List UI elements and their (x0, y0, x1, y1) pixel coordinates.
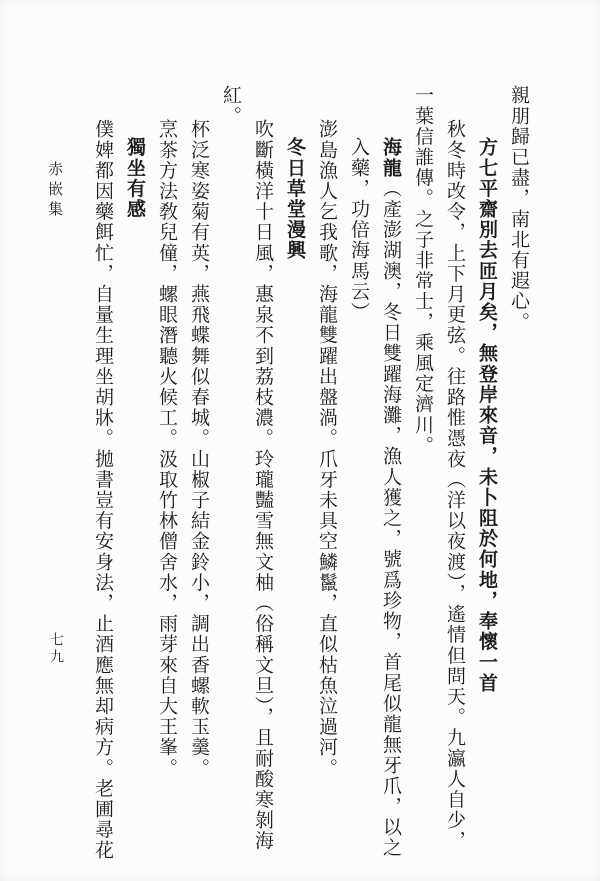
text-column: 入藥，功倍海馬云） (342, 85, 374, 881)
poem-title-column: 方七平齋別去匝月矣，無登岸來音，未卜阻於何地，奉懷一首 (470, 85, 502, 881)
text-column: 親朋歸已盡，南北有遐心。 (502, 85, 534, 881)
text-column: 僕婢都因藥餌忙，自量生理坐胡牀。拋書豈有安身法，止酒應無却病方。老圃尋花 (86, 85, 118, 881)
margin-book-title: 赤嵌集 (44, 161, 65, 221)
scanned-book-page: 親朋歸已盡，南北有遐心。方七平齋別去匝月矣，無登岸來音，未卜阻於何地，奉懷一首秋… (0, 0, 600, 881)
poem-title-inline: 海龍 (380, 137, 401, 178)
text-column: 杯泛寒姿菊有英，燕飛蝶舞似春城。山椒子結金鈴小，調出香螺軟玉羹。 (182, 85, 214, 881)
text-column: 一葉信誰傳。之子非常士，乘風定濟川。 (406, 85, 438, 881)
text-column: 秋冬時改令，上下月更弦。往路惟憑夜（洋以夜渡），遙情但問天。九瀛人自少， (438, 85, 470, 881)
text-column: 紅。 (214, 85, 246, 881)
text-column: 海龍（產澎湖澳，冬日雙躍海灘，漁人獲之，號爲珍物，首尾似龍無牙爪，以之 (374, 85, 406, 881)
margin-page-number: 七九 (45, 632, 65, 666)
text-column: 烹茶方法敎兒僮，螺眼潛聽火候工。汲取竹林僧舍水，雨芽來自大王峯。 (150, 85, 182, 881)
text-column: 澎島漁人乞我歌，海龍雙躍出盤渦。爪牙未具空鱗鬣，直似枯魚泣過河。 (310, 85, 342, 881)
text-column: 吹斷橫洋十日風，惠泉不到荔枝濃。玲瓏豔雪無文柚（俗稱文旦），且耐酸寒剝海 (246, 85, 278, 881)
poem-title-column: 冬日草堂漫興 (278, 85, 310, 881)
vertical-text-block: 親朋歸已盡，南北有遐心。方七平齋別去匝月矣，無登岸來音，未卜阻於何地，奉懷一首秋… (86, 85, 534, 881)
poem-title-column: 獨坐有感 (118, 85, 150, 881)
